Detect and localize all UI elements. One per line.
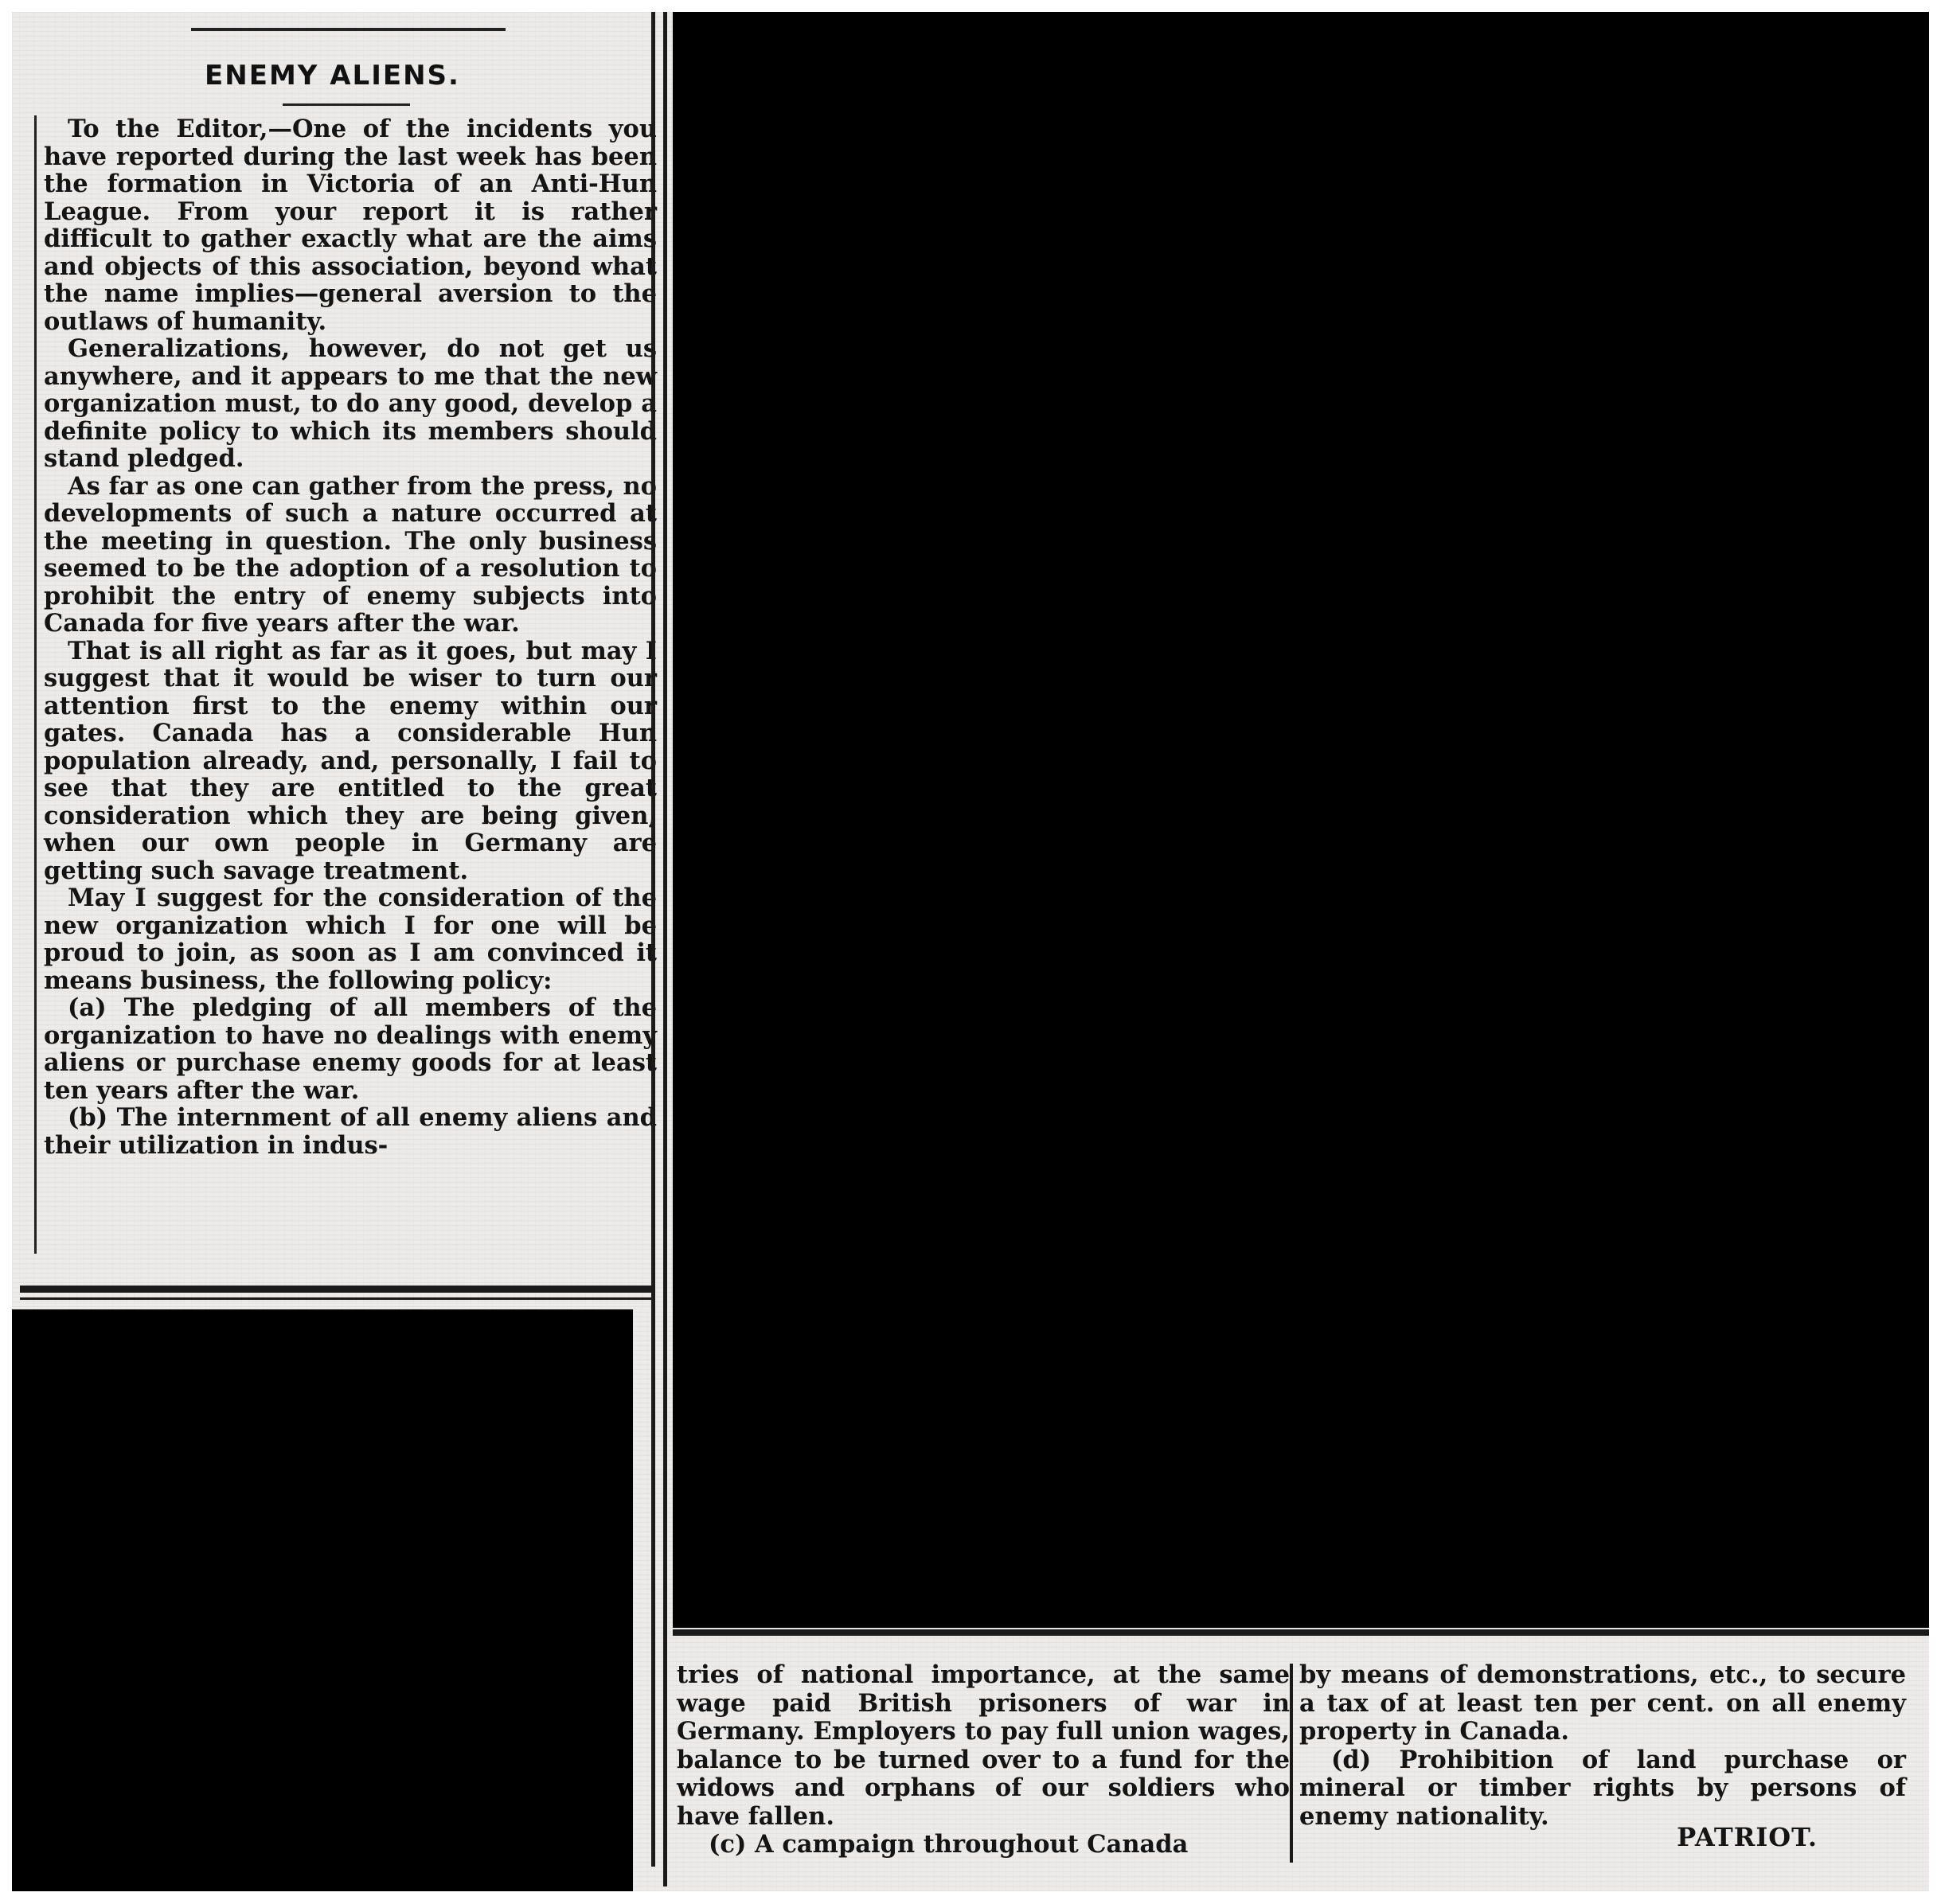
headline-divider [283,103,410,106]
column-rule [651,12,655,1867]
paragraph: (b) The internment of all enemy aliens a… [44,1104,657,1159]
redacted-region [12,1309,633,1891]
paragraph: Generalizations, however, do not get us … [44,335,657,473]
paragraph: As far as one can gather from the press,… [44,473,657,638]
section-divider [673,1629,1929,1636]
paragraph: by means of demonstrations, etc., to sec… [1299,1661,1906,1746]
article-body: To the Editor,—One of the incidents you … [44,115,657,1159]
author-signature: PATRIOT. [1677,1822,1818,1852]
column-rule [1290,1664,1293,1863]
article-left-column: ENEMY ALIENS. To the Editor,—One of the … [12,12,653,1309]
column-border [34,115,37,1254]
section-divider [20,1297,653,1300]
article-headline: ENEMY ALIENS. [12,60,653,92]
top-divider [191,28,506,31]
paragraph: (d) Prohibition of land purchase or mine… [1299,1746,1906,1832]
paragraph: To the Editor,—One of the incidents you … [44,115,657,335]
column-rule [663,12,667,1886]
section-divider [20,1286,653,1293]
paragraph: That is all right as far as it goes, but… [44,638,657,885]
paragraph: (a) The pledging of all members of the o… [44,994,657,1104]
redacted-region [673,12,1929,1628]
paragraph: May I suggest for the consideration of t… [44,884,657,994]
article-continuation: tries of national importance, at the sam… [637,1628,1929,1891]
continuation-column-1: tries of national importance, at the sam… [677,1661,1290,1859]
paragraph: (c) A campaign throughout Canada [677,1831,1290,1859]
paragraph: tries of national importance, at the sam… [677,1661,1290,1831]
continuation-column-2: by means of demonstrations, etc., to sec… [1299,1661,1906,1831]
